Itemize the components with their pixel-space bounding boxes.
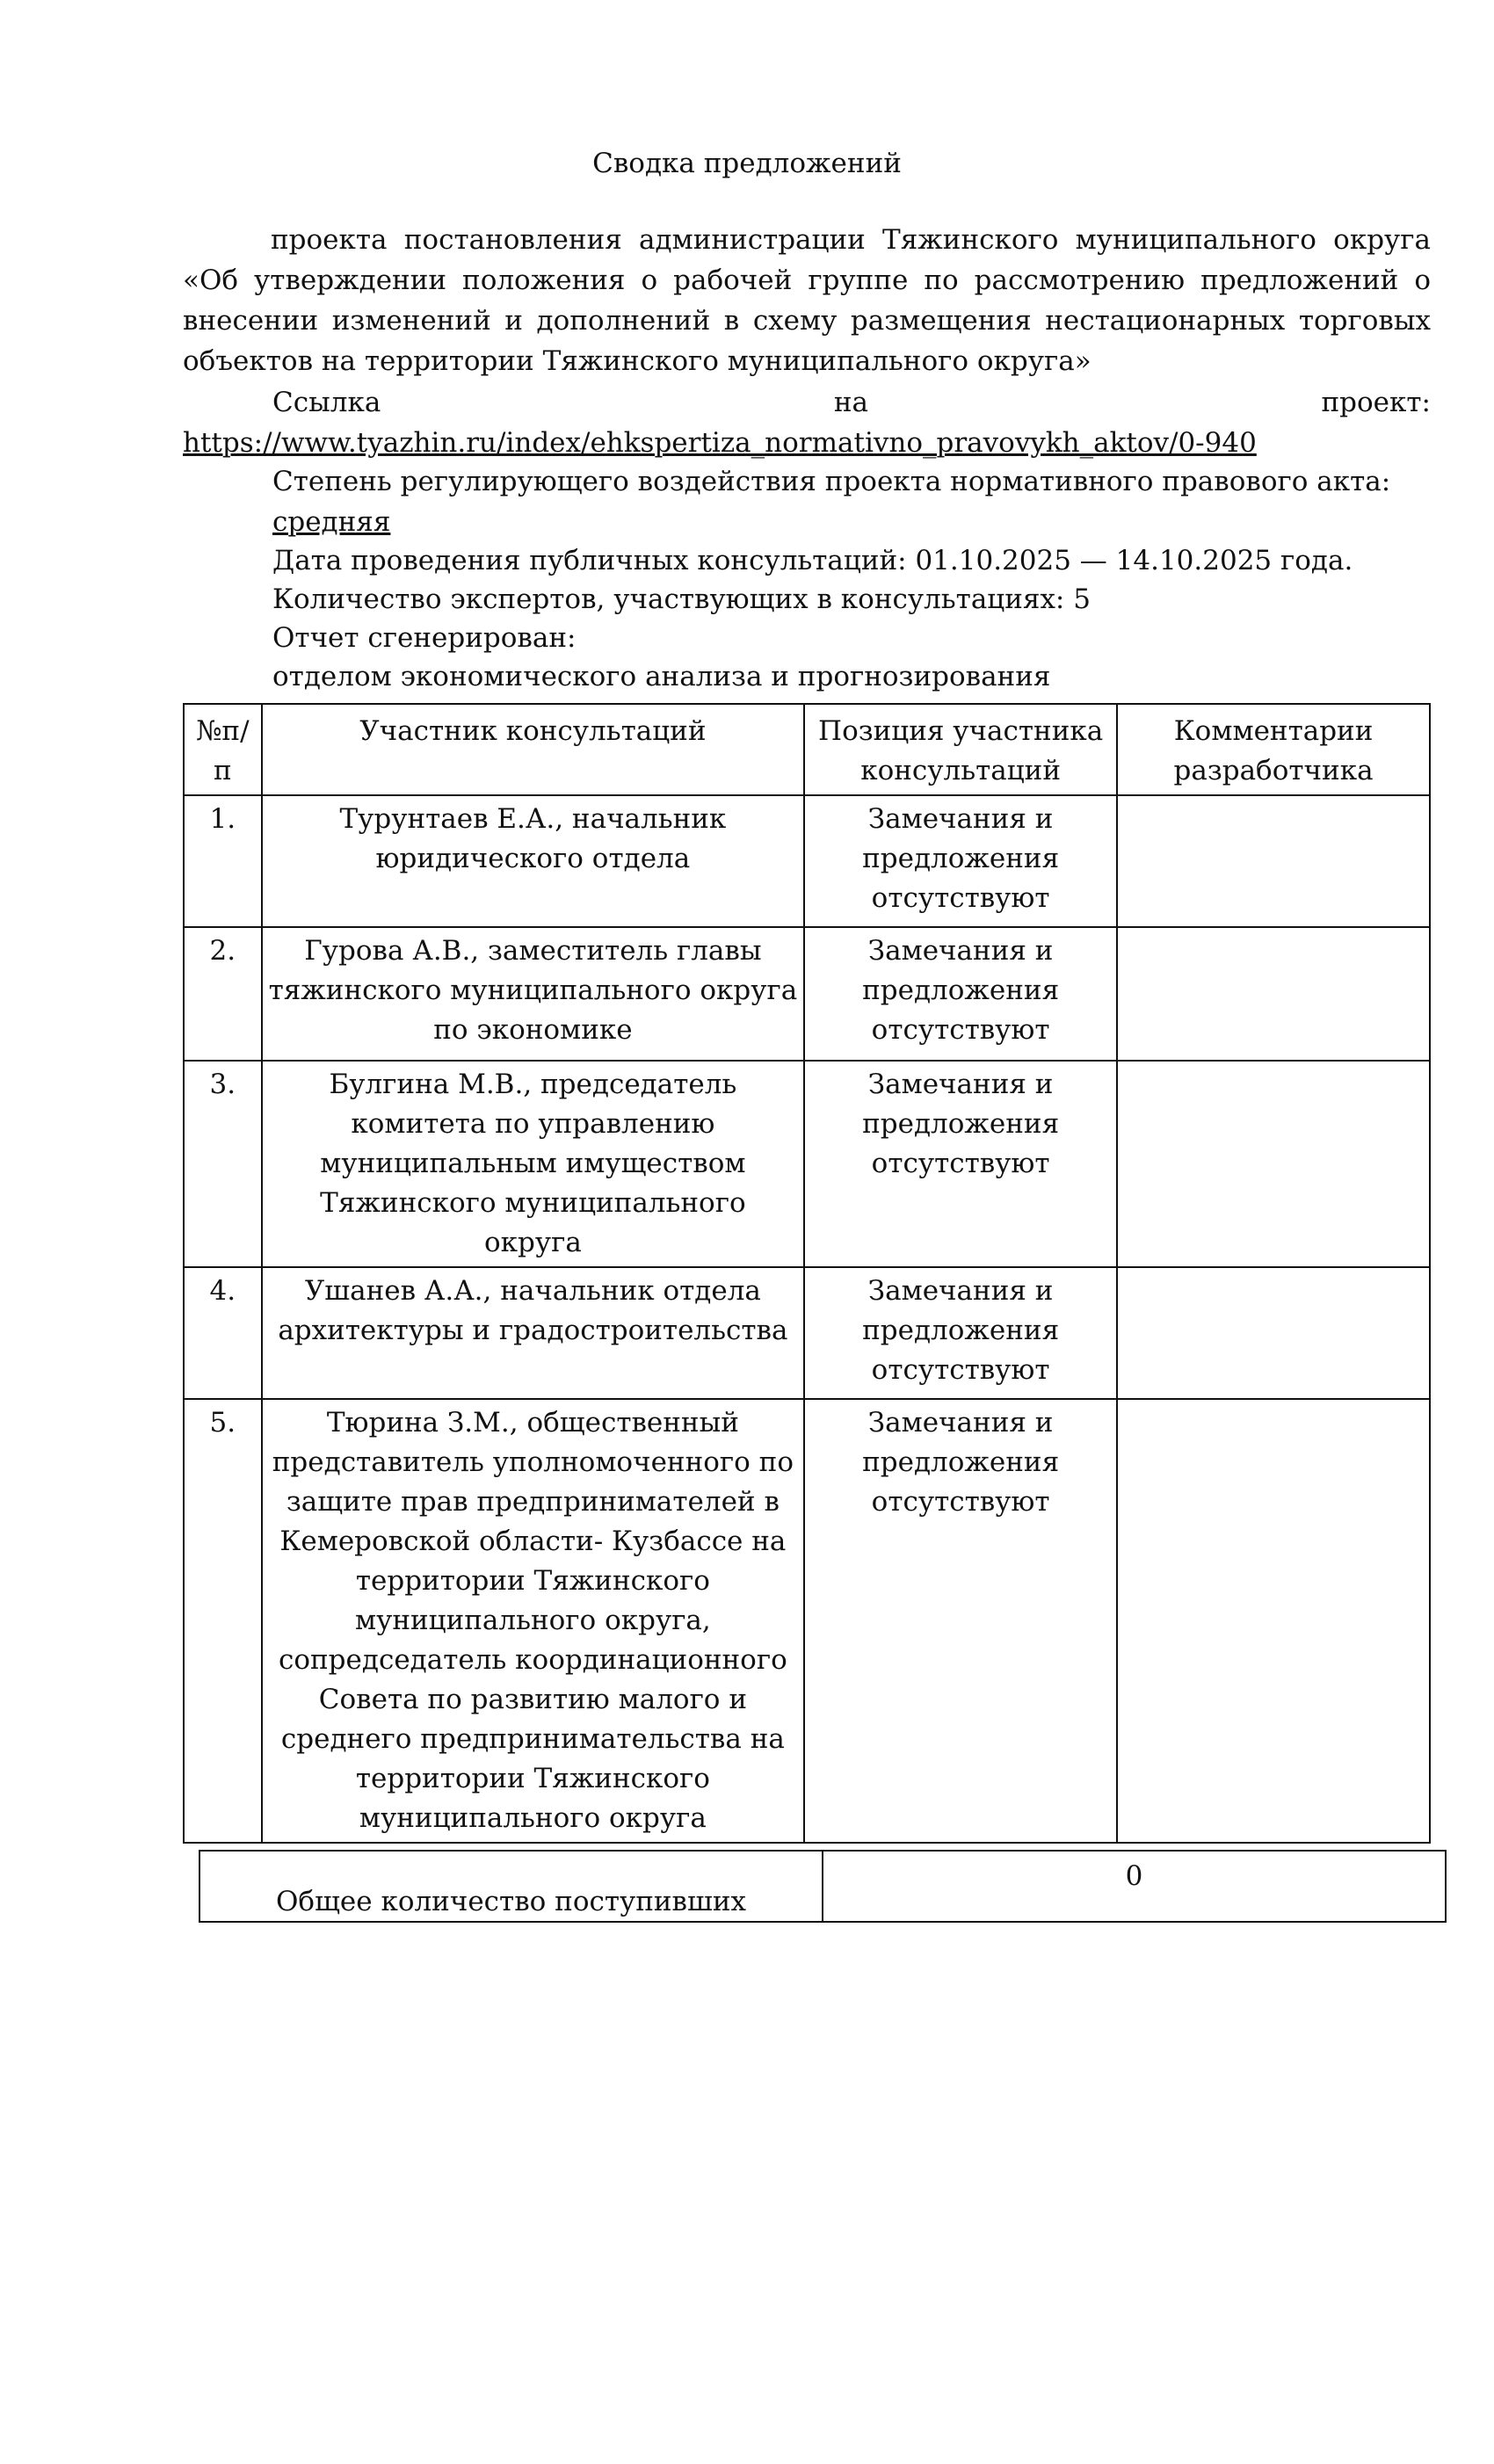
row-participant: Тюрина З.М., общественный представитель …	[262, 1399, 805, 1843]
row-number: 5.	[184, 1399, 262, 1843]
header-position: Позиция участника консультаций	[804, 704, 1117, 795]
table-row: 5. Тюрина З.М., общественный представите…	[184, 1399, 1430, 1843]
row-comment	[1117, 927, 1430, 1061]
table-header-row: №п/п Участник консультаций Позиция участ…	[184, 704, 1430, 795]
row-comment	[1117, 1061, 1430, 1267]
table-row: 2. Гурова А.В., заместитель главы тяжинс…	[184, 927, 1430, 1061]
consultation-dates: Дата проведения публичных консультаций: …	[272, 545, 1353, 576]
row-number: 3.	[184, 1061, 262, 1267]
row-position: Замечания и предложения отсутствуют	[804, 927, 1117, 1061]
experts-count: Количество экспертов, участвующих в конс…	[272, 583, 1091, 615]
row-position: Замечания и предложения отсутствуют	[804, 1399, 1117, 1843]
row-participant: Турунтаев Е.А., начальник юридического о…	[262, 795, 805, 927]
row-participant: Булгина М.В., председатель комитета по у…	[262, 1061, 805, 1267]
row-comment	[1117, 1399, 1430, 1843]
summary-value: 0	[823, 1851, 1446, 1922]
row-participant: Гурова А.В., заместитель главы тяжинског…	[262, 927, 805, 1061]
consultation-table: №п/п Участник консультаций Позиция участ…	[183, 703, 1431, 1844]
row-comment	[1117, 795, 1430, 927]
intro-paragraph: проекта постановления администрации Тяжи…	[183, 220, 1431, 381]
row-number: 4.	[184, 1267, 262, 1399]
summary-table: Общее количество поступивших 0	[199, 1850, 1447, 1923]
table-row: 1. Турунтаев Е.А., начальник юридическог…	[184, 795, 1430, 927]
header-number: №п/п	[184, 704, 262, 795]
impact-value: средняя	[272, 506, 390, 538]
row-position: Замечания и предложения отсутствуют	[804, 1267, 1117, 1399]
row-position: Замечания и предложения отсутствуют	[804, 795, 1117, 927]
row-position: Замечания и предложения отсутствуют	[804, 1061, 1117, 1267]
report-generated-by: отделом экономического анализа и прогноз…	[272, 661, 1050, 692]
table-row: 3. Булгина М.В., председатель комитета п…	[184, 1061, 1430, 1267]
summary-label: Общее количество поступивших	[199, 1851, 823, 1922]
row-comment	[1117, 1267, 1430, 1399]
header-comments: Комментарии разработчика	[1117, 704, 1430, 795]
report-generated-label: Отчет сгенерирован:	[272, 622, 576, 654]
link-label: Ссылка на проект:	[272, 387, 1431, 418]
row-participant: Ушанев А.А., начальник отдела архитектур…	[262, 1267, 805, 1399]
row-number: 2.	[184, 927, 262, 1061]
impact-label: Степень регулирующего воздействия проект…	[272, 466, 1390, 497]
summary-row: Общее количество поступивших 0	[199, 1851, 1446, 1922]
document-title: Сводка предложений	[0, 148, 1494, 179]
table-row: 4. Ушанев А.А., начальник отдела архитек…	[184, 1267, 1430, 1399]
header-participant: Участник консультаций	[262, 704, 805, 795]
row-number: 1.	[184, 795, 262, 927]
project-link[interactable]: https://www.tyazhin.ru/index/ehkspertiza…	[183, 427, 1257, 459]
